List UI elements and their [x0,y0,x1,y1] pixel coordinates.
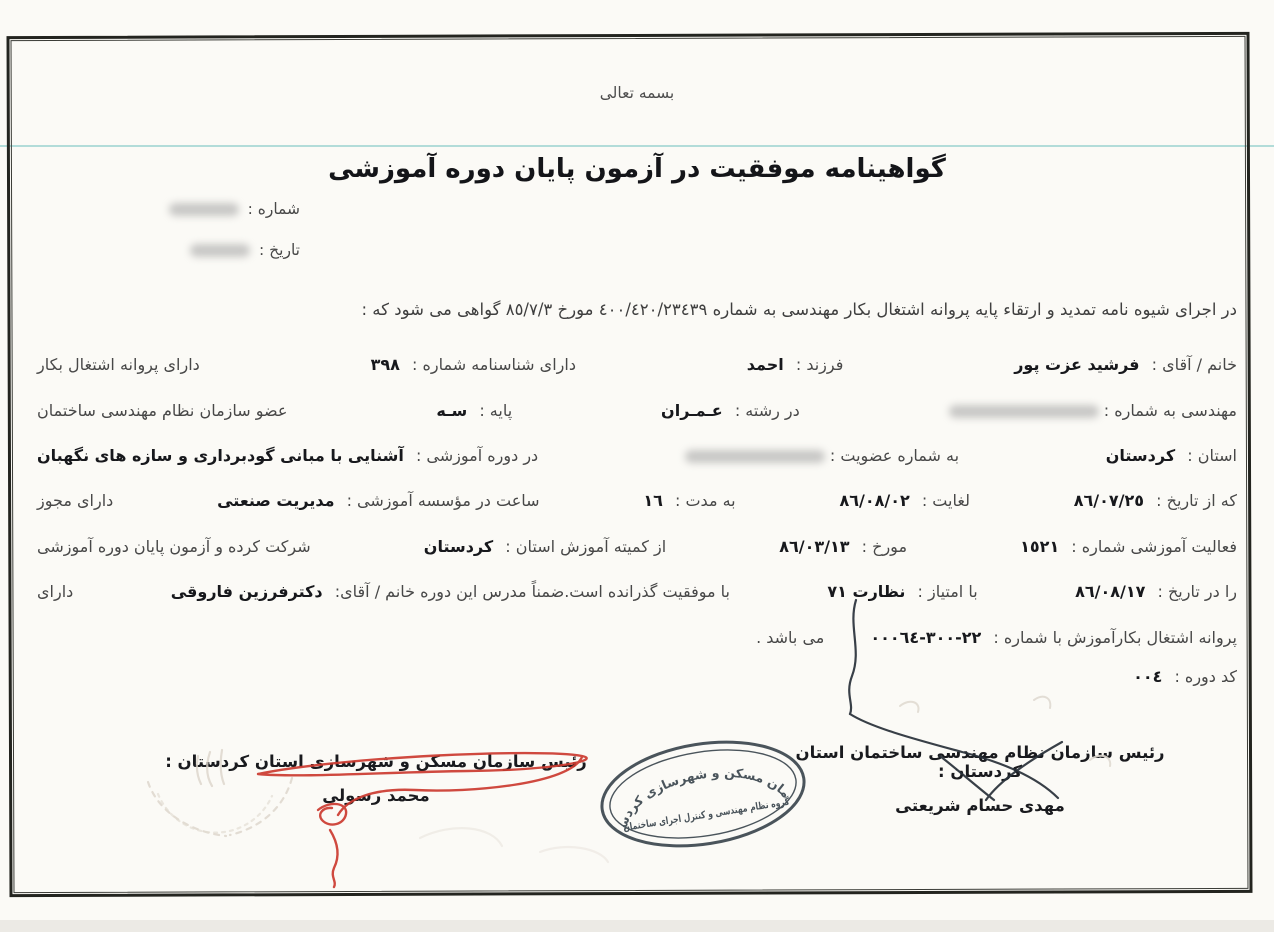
certificate-body: خانم / آقای : فرشید عزت پور فرزند : احمد… [37,342,1237,660]
field-value: فرشید عزت پور [1014,355,1139,374]
continuation-text: دارای [37,582,73,601]
redacted-value [949,405,1099,418]
field-value: ٠٠٤ [1133,667,1162,686]
field-label: استان : [1187,446,1237,465]
signatory-title: رئیس سازمان نظام مهندسی ساختمان استان کر… [762,743,1198,781]
field-label: با موفقیت گذرانده است.ضمناً مدرس این دور… [335,582,730,601]
course-title-field: در دوره آموزشی : آشنایی با مبانی گودبردا… [37,446,538,465]
redacted-number-value [169,203,239,216]
body-row-7: پروانه اشتغال بکارآموزش با شماره : ٢٢-٣٠… [37,614,1237,659]
field-value: ٣٩٨ [371,355,400,374]
field-label: به شماره عضویت : [830,446,959,465]
field-value: ٨٦/٠٣/١٣ [779,537,849,556]
field-value: نظارت ٧١ [827,582,905,601]
scan-edge-shade [0,920,1274,932]
teaching-license-field: پروانه اشتغال بکارآموزش با شماره : ٢٢-٣٠… [870,628,1237,647]
activity-date-field: مورخ : ٨٦/٠٣/١٣ [779,537,907,556]
continuation-text: دارای مجوز [37,491,113,510]
field-label: به مدت : [675,491,736,510]
signatory-name: مهدی حسام شریعتی [762,796,1198,815]
field-value: ١٥٢١ [1020,537,1059,556]
field-label: مهندسی به شماره : [1104,401,1237,420]
committee-province-field: از کمیته آموزش استان : کردستان [424,537,666,556]
grade-field: پایه : سـه [436,401,512,420]
field-label: مورخ : [862,537,907,556]
certificate-page: بسمه تعالی گواهینامه موفقیت در آزمون پای… [0,0,1274,932]
body-row-2: مهندسی به شماره : در رشته : عـمـران پایه… [37,387,1237,432]
body-row-5: فعالیت آموزشی شماره : ١٥٢١ مورخ : ٨٦/٠٣/… [37,524,1237,569]
field-value: کردستان [1106,446,1175,465]
date-label: تاریخ : [259,241,300,259]
field-label: را در تاریخ : [1157,582,1237,601]
field-label: پایه : [479,401,512,420]
field-label: دارای شناسنامه شماره : [412,355,576,374]
meta-block: شماره : تاریخ : [150,198,300,280]
redacted-value [685,450,825,463]
field-label: در رشته : [735,401,800,420]
license-number-field: مهندسی به شماره : [949,401,1237,420]
signatory-name: محمد رسولی [158,786,594,805]
activity-number-field: فعالیت آموزشی شماره : ١٥٢١ [1020,537,1237,556]
continuation-text: شرکت کرده و آزمون پایان دوره آموزشی [37,537,311,556]
field-label: خانم / آقای : [1152,355,1237,374]
body-row-4: که از تاریخ : ٨٦/٠٧/٢٥ لغایت : ٨٦/٠٨/٠٢ … [37,478,1237,523]
father-name-field: فرزند : احمد [747,355,844,374]
end-date-field: لغایت : ٨٦/٠٨/٠٢ [839,491,969,510]
field-value: دکترفرزین فاروقی [171,582,323,601]
closing-text: می باشد . [756,628,824,647]
continuation-text: عضو سازمان نظام مهندسی ساختمان [37,401,287,420]
name-field: خانم / آقای : فرشید عزت پور [1014,355,1237,374]
body-row-6: را در تاریخ : ٨٦/٠٨/١٧ با امتیاز : نظارت… [37,569,1237,614]
field-value: کردستان [424,537,493,556]
instructor-field: با موفقیت گذرانده است.ضمناً مدرس این دور… [171,582,730,601]
field-label: که از تاریخ : [1156,491,1237,510]
field-label: ساعت در مؤسسه آموزشی : [347,491,540,510]
field-value: مدیریت صنعتی [217,491,334,510]
continuation-text: دارای پروانه اشتغال بکار [37,355,200,374]
number-row: شماره : [150,198,300,220]
id-card-field: دارای شناسنامه شماره : ٣٩٨ [371,355,576,374]
field-value: ٨٦/٠٨/١٧ [1075,582,1145,601]
bismillah-text: بسمه تعالی [0,84,1274,102]
field-value: ٢٢-٣٠٠-٠٠٠٦٤ [870,628,981,647]
certificate-title: گواهینامه موفقیت در آزمون پایان دوره آمو… [0,154,1274,184]
membership-number-field: به شماره عضویت : [685,446,959,465]
field-value: عـمـران [661,401,723,420]
field-value: ٨٦/٠٧/٢٥ [1074,491,1144,510]
body-row-1: خانم / آقای : فرشید عزت پور فرزند : احمد… [37,342,1237,387]
major-field: در رشته : عـمـران [661,401,800,420]
field-label: از کمیته آموزش استان : [505,537,666,556]
province-field: استان : کردستان [1106,446,1237,465]
field-label: فرزند : [796,355,844,374]
intro-paragraph: در اجرای شیوه نامه تمدید و ارتقاء پایه پ… [37,300,1237,319]
duration-field: به مدت : ١٦ [643,491,735,510]
date-row: تاریخ : [150,239,300,261]
signature-block-right: رئیس سازمان نظام مهندسی ساختمان استان کر… [762,743,1198,815]
field-label: پروانه اشتغال بکارآموزش با شماره : [993,628,1237,647]
course-code-field: کد دوره : ٠٠٤ [1133,667,1237,686]
field-value: سـه [436,401,467,420]
institute-field: ساعت در مؤسسه آموزشی : مدیریت صنعتی [217,491,539,510]
exam-date-field: را در تاریخ : ٨٦/٠٨/١٧ [1075,582,1237,601]
field-value: آشنایی با مبانی گودبرداری و سازه های نگه… [37,446,404,465]
field-label: کد دوره : [1174,667,1237,686]
body-row-3: استان : کردستان به شماره عضویت : در دوره… [37,433,1237,478]
field-value: ١٦ [643,491,663,510]
score-field: با امتیاز : نظارت ٧١ [827,582,977,601]
field-label: با امتیاز : [918,582,978,601]
field-label: فعالیت آموزشی شماره : [1071,537,1237,556]
number-label: شماره : [248,200,300,218]
field-value: ٨٦/٠٨/٠٢ [839,491,909,510]
field-label: لغایت : [922,491,970,510]
field-label: در دوره آموزشی : [416,446,538,465]
start-date-field: که از تاریخ : ٨٦/٠٧/٢٥ [1074,491,1237,510]
signatory-title: رئیس سازمان مسکن و شهرسازی استان کردستان… [158,752,594,771]
field-value: احمد [747,355,784,374]
signature-block-left: رئیس سازمان مسکن و شهرسازی استان کردستان… [158,752,594,805]
redacted-date-value [190,244,250,257]
